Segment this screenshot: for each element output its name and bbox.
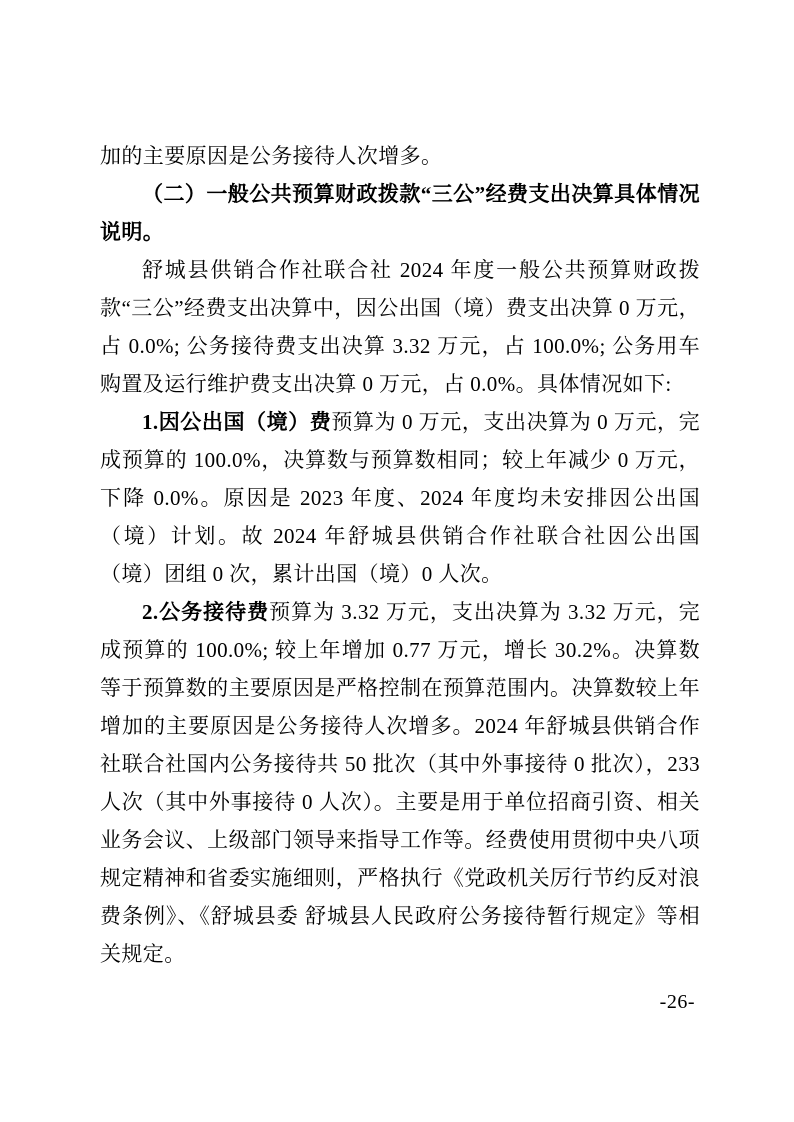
paragraph-item-1: 1.因公出国（境）费预算为 0 万元，支出决算为 0 万元，完成预算的 100.… xyxy=(100,403,700,593)
item-2-text: 预算为 3.32 万元，支出决算为 3.32 万元，完成预算的 100.0%; … xyxy=(100,600,700,966)
document-body: 加的主要原因是公务接待人次增多。 （二）一般公共预算财政拨款“三公”经费支出决算… xyxy=(100,137,700,973)
paragraph-item-2: 2.公务接待费预算为 3.32 万元，支出决算为 3.32 万元，完成预算的 1… xyxy=(100,593,700,973)
document-page: 加的主要原因是公务接待人次增多。 （二）一般公共预算财政拨款“三公”经费支出决算… xyxy=(0,0,794,1122)
paragraph-overview: 舒城县供销合作社联合社 2024 年度一般公共预算财政拨款“三公”经费支出决算中… xyxy=(100,251,700,403)
page-number: -26- xyxy=(660,990,695,1014)
item-1-lead: 1.因公出国（境）费 xyxy=(142,410,331,434)
item-1-text: 预算为 0 万元，支出决算为 0 万元，完成预算的 100.0%，决算数与预算数… xyxy=(100,410,700,586)
item-2-lead: 2.公务接待费 xyxy=(142,600,269,624)
section-heading: （二）一般公共预算财政拨款“三公”经费支出决算具体情况说明。 xyxy=(100,175,700,251)
paragraph-continuation: 加的主要原因是公务接待人次增多。 xyxy=(100,137,700,175)
